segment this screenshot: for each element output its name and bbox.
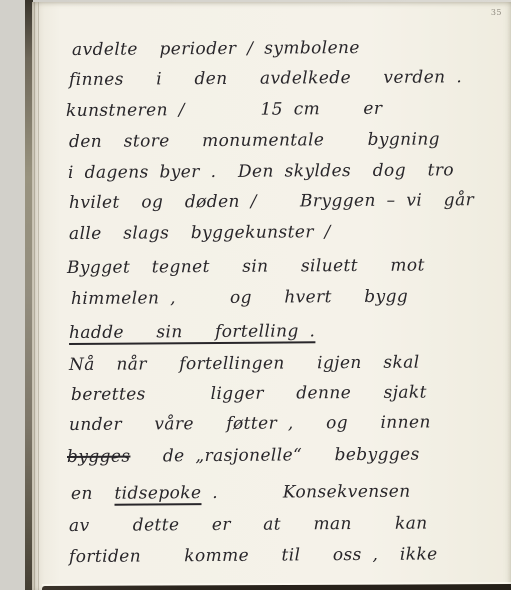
- manuscript-line: berettes ligger denne sjakt: [71, 383, 427, 405]
- manuscript-line: en tidsepoke . Konsekvensen: [71, 482, 411, 504]
- manuscript-page: 35 avdelte perioder / symbolenefinnes i …: [32, 2, 511, 590]
- handwritten-text: fortiden komme til oss , ikke: [69, 544, 438, 567]
- manuscript-line: alle slags byggekunster /: [69, 222, 331, 244]
- underlined-text: hadde sin fortelling .: [69, 321, 315, 343]
- handwritten-text: i dagens byer . Den skyldes dog tro: [68, 160, 454, 183]
- manuscript-line: fortiden komme til oss , ikke: [69, 544, 438, 567]
- handwritten-text: berettes ligger denne sjakt: [71, 383, 427, 405]
- handwritten-text: hvilet og døden / Bryggen – vi går: [69, 190, 474, 213]
- handwritten-text: . Konsekvensen: [201, 482, 410, 503]
- handwritten-text: under våre føtter , og innen: [69, 412, 431, 435]
- handwritten-text: avdelte perioder / symbolene: [72, 38, 360, 60]
- handwritten-text: alle slags byggekunster /: [69, 222, 331, 244]
- manuscript-line: Nå når fortellingen igjen skal: [69, 353, 420, 375]
- handwritten-text: Bygget tegnet sin siluett mot: [67, 256, 425, 278]
- manuscript-line: den store monumentale bygning: [69, 129, 440, 152]
- book-photo: 35 avdelte perioder / symbolenefinnes i …: [0, 0, 511, 590]
- manuscript-line: av dette er at man kan: [69, 513, 428, 536]
- manuscript-line: i dagens byer . Den skyldes dog tro: [68, 160, 454, 183]
- handwritten-text: himmelen , og hvert bygg: [71, 287, 408, 309]
- handwritten-text: de „rasjonelle“ bebygges: [130, 445, 419, 467]
- manuscript-text: avdelte perioder / symbolenefinnes i den…: [32, 2, 511, 590]
- handwritten-text: Nå når fortellingen igjen skal: [69, 353, 420, 375]
- manuscript-line: under våre føtter , og innen: [69, 412, 431, 435]
- underlined-text: tidsepoke: [114, 483, 201, 504]
- manuscript-line: hvilet og døden / Bryggen – vi går: [69, 190, 474, 213]
- manuscript-line: kunstneren / 15 cm er: [66, 99, 382, 121]
- manuscript-line: Bygget tegnet sin siluett mot: [67, 256, 425, 278]
- page-bottom-shadow: [42, 584, 511, 590]
- manuscript-line: himmelen , og hvert bygg: [71, 287, 408, 309]
- manuscript-line: finnes i den avdelkede verden .: [69, 67, 462, 90]
- manuscript-line: bygges de „rasjonelle“ bebygges: [67, 445, 420, 467]
- handwritten-text: finnes i den avdelkede verden .: [69, 67, 462, 90]
- manuscript-line: hadde sin fortelling .: [69, 321, 315, 343]
- manuscript-line: avdelte perioder / symbolene: [72, 38, 360, 60]
- handwritten-text: den store monumentale bygning: [69, 129, 440, 152]
- handwritten-text: av dette er at man kan: [69, 513, 428, 536]
- handwritten-text: kunstneren / 15 cm er: [66, 99, 382, 121]
- struck-word: bygges: [67, 447, 131, 467]
- handwritten-text: en: [71, 484, 115, 504]
